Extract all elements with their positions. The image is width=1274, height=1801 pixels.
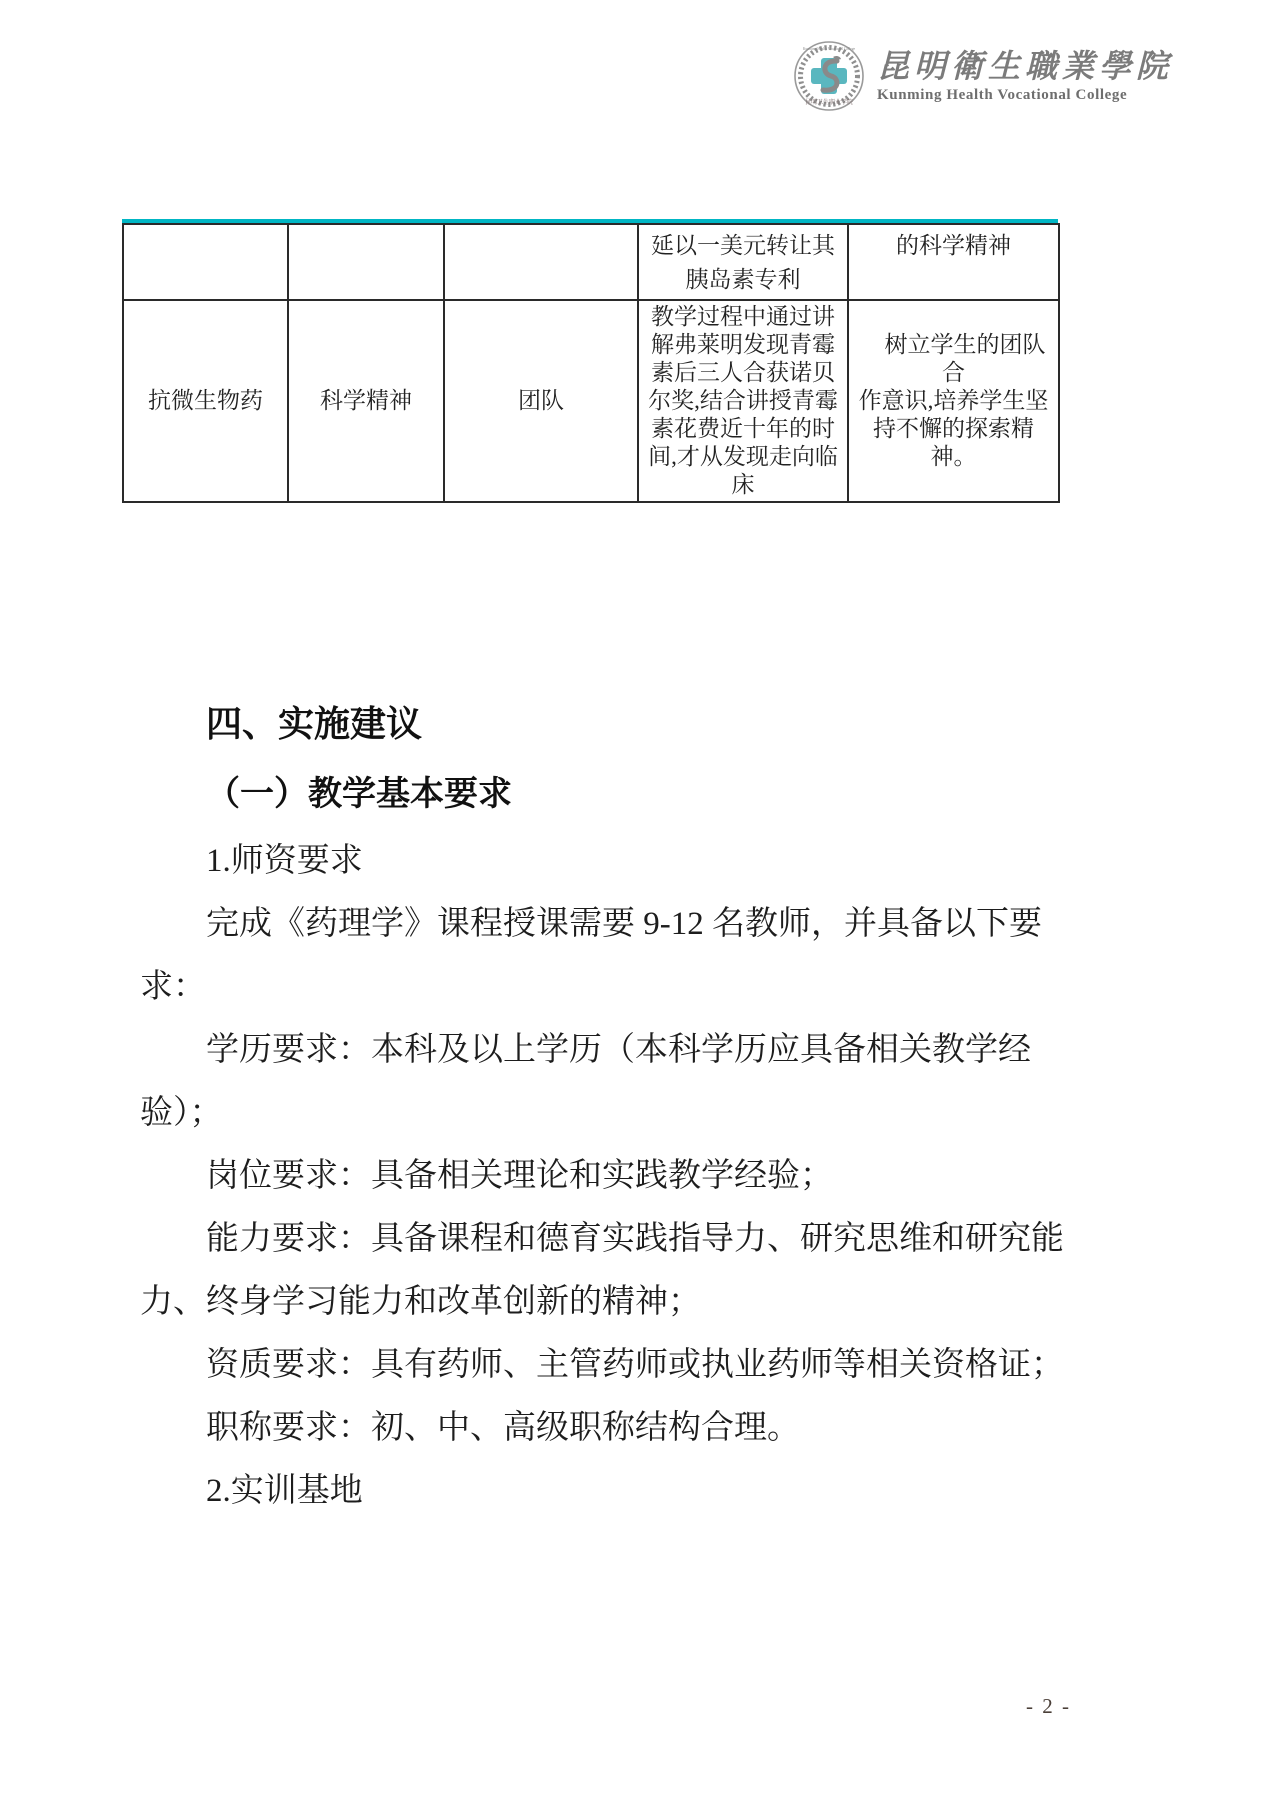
table-cell: 的科学精神 bbox=[848, 224, 1059, 300]
seal-ring-text: Kunming Health Vocational College bbox=[803, 47, 856, 51]
body-line: 求： bbox=[140, 956, 1125, 1019]
table-cell: 树立学生的团队合 作意识,培养学生坚 持不懈的探索精神。 bbox=[848, 300, 1059, 502]
table-cell: 延以一美元转让其 胰岛素专利 bbox=[638, 224, 848, 300]
college-name-en: Kunming Health Vocational College bbox=[877, 87, 1173, 104]
table-cell bbox=[288, 224, 444, 300]
table-cell bbox=[123, 224, 288, 300]
page-header: 昆明卫生职业学院 Kunming Health Vocational Colle… bbox=[793, 40, 1173, 112]
college-seal-icon: 昆明卫生职业学院 Kunming Health Vocational Colle… bbox=[793, 40, 865, 112]
table-row: 抗微生物药 科学精神 团队 教学过程中通过讲 解弗莱明发现青霉 素后三人合获诺贝… bbox=[123, 300, 1059, 502]
college-brand: 昆明衛生職業學院 Kunming Health Vocational Colle… bbox=[877, 48, 1173, 104]
body-line: 学历要求：本科及以上学历（本科学历应具备相关教学经 bbox=[140, 1019, 1125, 1082]
item-heading: 2.实训基地 bbox=[140, 1460, 1125, 1523]
college-name-zh: 昆明衛生職業學院 bbox=[877, 48, 1173, 84]
table-cell: 教学过程中通过讲 解弗莱明发现青霉 素后三人合获诺贝 尔奖,结合讲授青霉 素花费… bbox=[638, 300, 848, 502]
document-page: { "header": { "college_name_zh": "昆明衛生職業… bbox=[0, 0, 1274, 1801]
body-line: 验）； bbox=[140, 1082, 1125, 1145]
item-heading: 1.师资要求 bbox=[140, 830, 1125, 893]
body-line: 岗位要求：具备相关理论和实践教学经验； bbox=[140, 1145, 1125, 1208]
section-heading: 四、实施建议 bbox=[140, 688, 1125, 759]
table-cell: 团队 bbox=[444, 300, 638, 502]
table-cell: 抗微生物药 bbox=[123, 300, 288, 502]
body-line: 资质要求：具有药师、主管药师或执业药师等相关资格证； bbox=[140, 1334, 1125, 1397]
body-line: 职称要求：初、中、高级职称结构合理。 bbox=[140, 1397, 1125, 1460]
table-row: 延以一美元转让其 胰岛素专利 的科学精神 bbox=[123, 224, 1059, 300]
seal-bottom-text: 昆明卫生职业学院 bbox=[805, 98, 853, 106]
page-number: - 2 - bbox=[1026, 1694, 1071, 1719]
body-line: 能力要求：具备课程和德育实践指导力、研究思维和研究能 bbox=[140, 1208, 1125, 1271]
body-line: 完成《药理学》课程授课需要 9-12 名教师，并具备以下要 bbox=[140, 893, 1125, 956]
document-body: 四、实施建议 （一）教学基本要求 1.师资要求 完成《药理学》课程授课需要 9-… bbox=[140, 688, 1125, 1523]
table-cell bbox=[444, 224, 638, 300]
body-line: 力、终身学习能力和改革创新的精神； bbox=[140, 1271, 1125, 1334]
subsection-heading: （一）教学基本要求 bbox=[140, 759, 1125, 830]
course-ideology-table: 延以一美元转让其 胰岛素专利 的科学精神 抗微生物药 科学精神 团队 教学过程中… bbox=[122, 223, 1060, 503]
table-cell: 科学精神 bbox=[288, 300, 444, 502]
